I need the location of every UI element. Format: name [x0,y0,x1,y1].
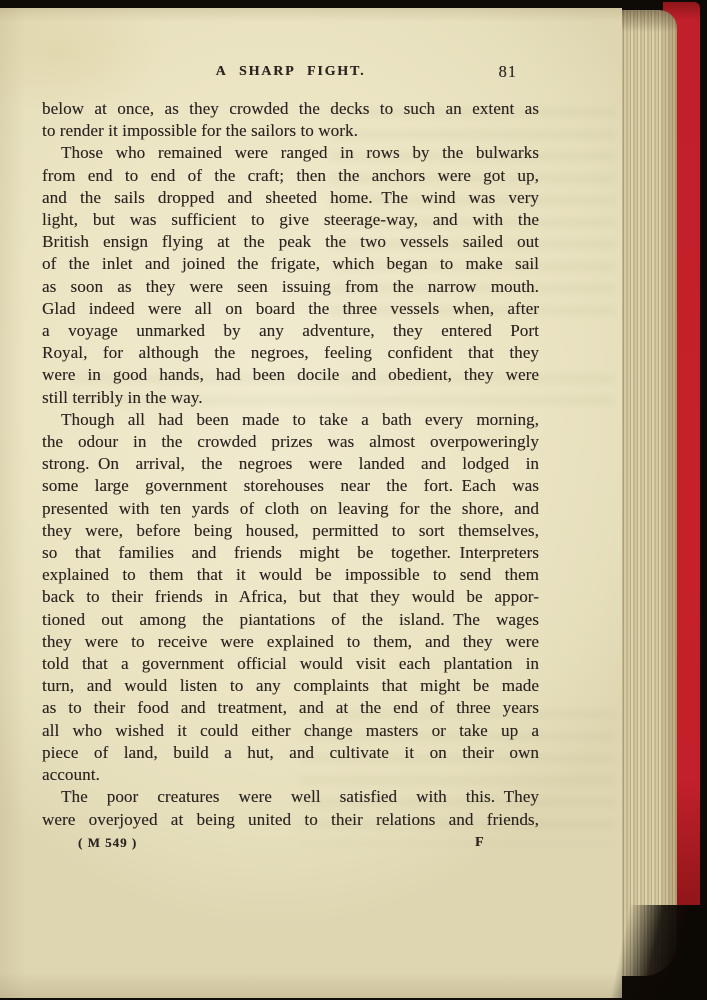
page-fore-edge [617,10,677,976]
text-line: all who wished it could either change ma… [42,720,539,742]
text-column: A SHARP FIGHT. 81 below at once, as they… [42,62,539,853]
paragraph: The poor creatures were well satisfied w… [42,786,539,830]
text-line: the odour in the crowded prizes was almo… [42,431,539,453]
text-line: from end to end of the craft; then the a… [42,165,539,187]
text-line: British ensign flying at the peak the tw… [42,231,539,253]
text-line: tioned out among the piantations of the … [42,609,539,631]
paragraph: Though all had been made to take a bath … [42,409,539,786]
text-line: Glad indeed were all on board the three … [42,298,539,320]
paragraph: below at once, as they crowded the decks… [42,98,539,142]
page-footer: ( M 549 ) F [42,835,539,853]
text-line: Those who remained were ranged in rows b… [42,142,539,164]
text-line: account. [42,764,539,786]
text-line: as to their food and treatment, and at t… [42,697,539,719]
paragraph: Those who remained were ranged in rows b… [42,142,539,408]
text-line: The poor creatures were well satisfied w… [42,786,539,808]
page-header: A SHARP FIGHT. 81 [42,62,539,82]
text-line: they were to receive were explained to t… [42,631,539,653]
text-line: below at once, as they crowded the decks… [42,98,539,120]
printers-mark: ( M 549 ) [78,835,137,851]
running-title: A SHARP FIGHT. [42,62,539,82]
page-number: 81 [499,62,518,82]
text-line: of the inlet and joined the frigate, whi… [42,253,539,275]
text-line: some large government storehouses near t… [42,475,539,497]
text-line: Though all had been made to take a bath … [42,409,539,431]
text-line: back to their friends in Africa, but tha… [42,586,539,608]
text-line: light, but was sufficient to give steera… [42,209,539,231]
page-body: below at once, as they crowded the decks… [42,98,539,831]
text-line: Royal, for although the negroes, feeling… [42,342,539,364]
text-line: were overjoyed at being united to their … [42,809,539,831]
text-line: were in good hands, had been docile and … [42,364,539,386]
text-line: as soon as they were seen issuing from t… [42,276,539,298]
text-line: presented with ten yards of cloth on lea… [42,498,539,520]
text-line: explained to them that it would be impos… [42,564,539,586]
signature-mark: F [475,835,484,851]
book-scan: A SHARP FIGHT. 81 below at once, as they… [0,0,707,1000]
text-line: they were, before being housed, permitte… [42,520,539,542]
text-line: piece of land, build a hut, and cultivat… [42,742,539,764]
text-line: so that families and friends might be to… [42,542,539,564]
text-line: a voyage unmarked by any adventure, they… [42,320,539,342]
text-line: turn, and would listen to any complaints… [42,675,539,697]
text-line: told that a government official would vi… [42,653,539,675]
text-line: and the sails dropped and sheeted home. … [42,187,539,209]
text-line: still terribly in the way. [42,387,539,409]
text-line: to render it impossible for the sailors … [42,120,539,142]
text-line: strong. On arrival, the negroes were lan… [42,453,539,475]
